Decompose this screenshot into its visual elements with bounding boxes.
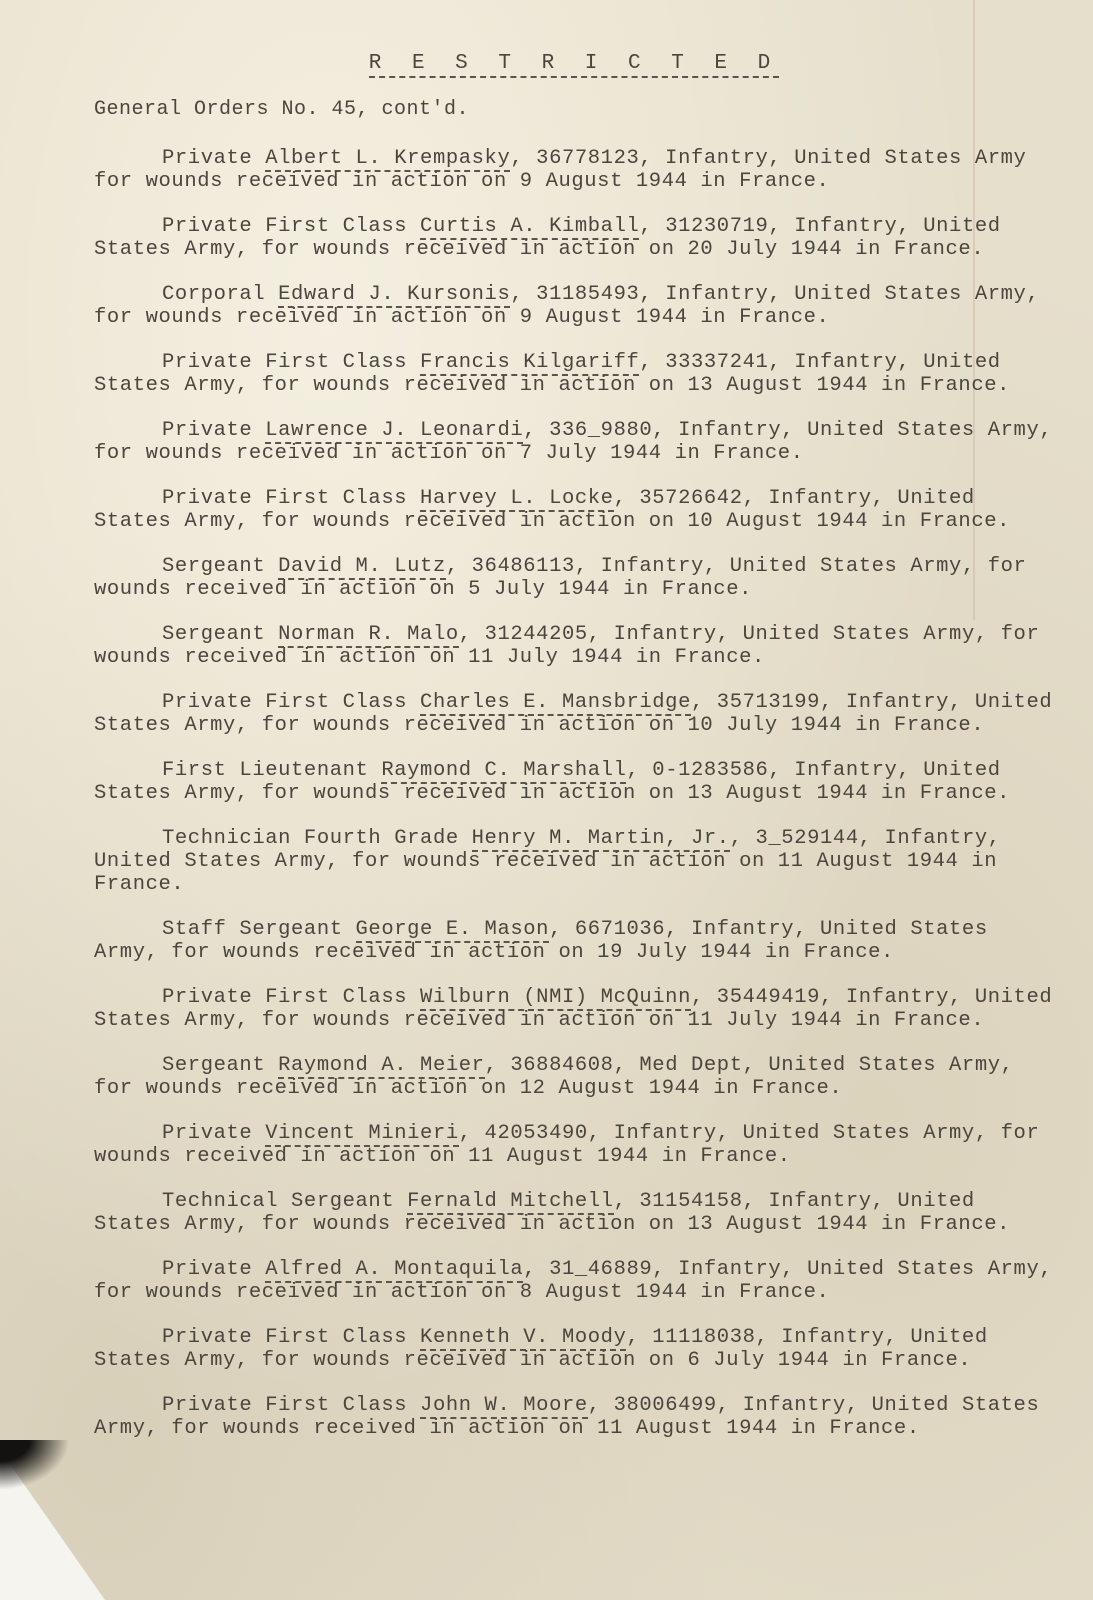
citation-entry: Private First Class John W. Moore, 38006… xyxy=(94,1394,1054,1440)
soldier-name: George E. Mason xyxy=(356,918,550,943)
soldier-name: Francis Kilgariff xyxy=(420,351,639,376)
citation-entry: Sergeant Norman R. Malo, 31244205, Infan… xyxy=(94,623,1054,669)
citation-entry: Corporal Edward J. Kursonis, 31185493, I… xyxy=(94,283,1054,329)
soldier-name: Charles E. Mansbridge xyxy=(420,691,691,716)
soldier-name: Edward J. Kursonis xyxy=(278,283,510,308)
citation-entry: Private First Class Francis Kilgariff, 3… xyxy=(94,351,1054,397)
citation-list: Private Albert L. Krempasky, 36778123, I… xyxy=(94,147,1054,1440)
soldier-name: Alfred A. Montaquila xyxy=(265,1258,523,1283)
soldier-name: Kenneth V. Moody xyxy=(420,1326,626,1351)
soldier-name: David M. Lutz xyxy=(278,555,446,580)
citation-entry: Private Alfred A. Montaquila, 31_46889, … xyxy=(94,1258,1054,1304)
rank: Private xyxy=(162,147,265,170)
rank: Private First Class xyxy=(162,215,420,238)
soldier-name: Wilburn (NMI) McQuinn xyxy=(420,986,691,1011)
fold-shadow xyxy=(0,1440,70,1490)
soldier-name: Harvey L. Locke xyxy=(420,487,614,512)
rank: Private xyxy=(162,1122,265,1145)
citation-entry: Technical Sergeant Fernald Mitchell, 311… xyxy=(94,1190,1054,1236)
general-orders-subheading: General Orders No. 45, cont'd. xyxy=(94,98,1054,121)
soldier-name: Raymond C. Marshall xyxy=(381,759,626,784)
rank: Technical Sergeant xyxy=(162,1190,407,1213)
citation-entry: Private Albert L. Krempasky, 36778123, I… xyxy=(94,147,1054,193)
classification-text: R E S T R I C T E D xyxy=(369,52,779,78)
document-page: R E S T R I C T E D General Orders No. 4… xyxy=(94,52,1054,1462)
soldier-name: John W. Moore xyxy=(420,1394,588,1419)
rank: Private xyxy=(162,1258,265,1281)
citation-entry: Private First Class Curtis A. Kimball, 3… xyxy=(94,215,1054,261)
rank: Private First Class xyxy=(162,1394,420,1417)
soldier-name: Lawrence J. Leonardi xyxy=(265,419,523,444)
soldier-name: Vincent Minieri xyxy=(265,1122,459,1147)
rank: Technician Fourth Grade xyxy=(162,827,472,850)
citation-entry: Staff Sergeant George E. Mason, 6671036,… xyxy=(94,918,1054,964)
soldier-name: Henry M. Martin, Jr. xyxy=(472,827,730,852)
citation-entry: Sergeant David M. Lutz, 36486113, Infant… xyxy=(94,555,1054,601)
soldier-name: Fernald Mitchell xyxy=(407,1190,613,1215)
rank: Private xyxy=(162,419,265,442)
soldier-name: Curtis A. Kimball xyxy=(420,215,639,240)
rank: Sergeant xyxy=(162,623,278,646)
citation-entry: Private First Class Charles E. Mansbridg… xyxy=(94,691,1054,737)
rank: Corporal xyxy=(162,283,278,306)
citation-entry: Private First Class Kenneth V. Moody, 11… xyxy=(94,1326,1054,1372)
citation-entry: Private First Class Wilburn (NMI) McQuin… xyxy=(94,986,1054,1032)
rank: Private First Class xyxy=(162,351,420,374)
soldier-name: Norman R. Malo xyxy=(278,623,459,648)
rank: Private First Class xyxy=(162,986,420,1009)
classification-heading: R E S T R I C T E D xyxy=(94,52,1054,78)
citation-entry: Private Vincent Minieri, 42053490, Infan… xyxy=(94,1122,1054,1168)
rank: Sergeant xyxy=(162,1054,278,1077)
rank: Staff Sergeant xyxy=(162,918,356,941)
citation-entry: Private Lawrence J. Leonardi, 336_9880, … xyxy=(94,419,1054,465)
soldier-name: Raymond A. Meier xyxy=(278,1054,484,1079)
citation-entry: First Lieutenant Raymond C. Marshall, 0-… xyxy=(94,759,1054,805)
citation-entry: Private First Class Harvey L. Locke, 357… xyxy=(94,487,1054,533)
rank: Sergeant xyxy=(162,555,278,578)
rank: Private First Class xyxy=(162,1326,420,1349)
citation-entry: Sergeant Raymond A. Meier, 36884608, Med… xyxy=(94,1054,1054,1100)
rank: First Lieutenant xyxy=(162,759,381,782)
rank: Private First Class xyxy=(162,487,420,510)
soldier-name: Albert L. Krempasky xyxy=(265,147,510,172)
rank: Private First Class xyxy=(162,691,420,714)
citation-entry: Technician Fourth Grade Henry M. Martin,… xyxy=(94,827,1054,896)
